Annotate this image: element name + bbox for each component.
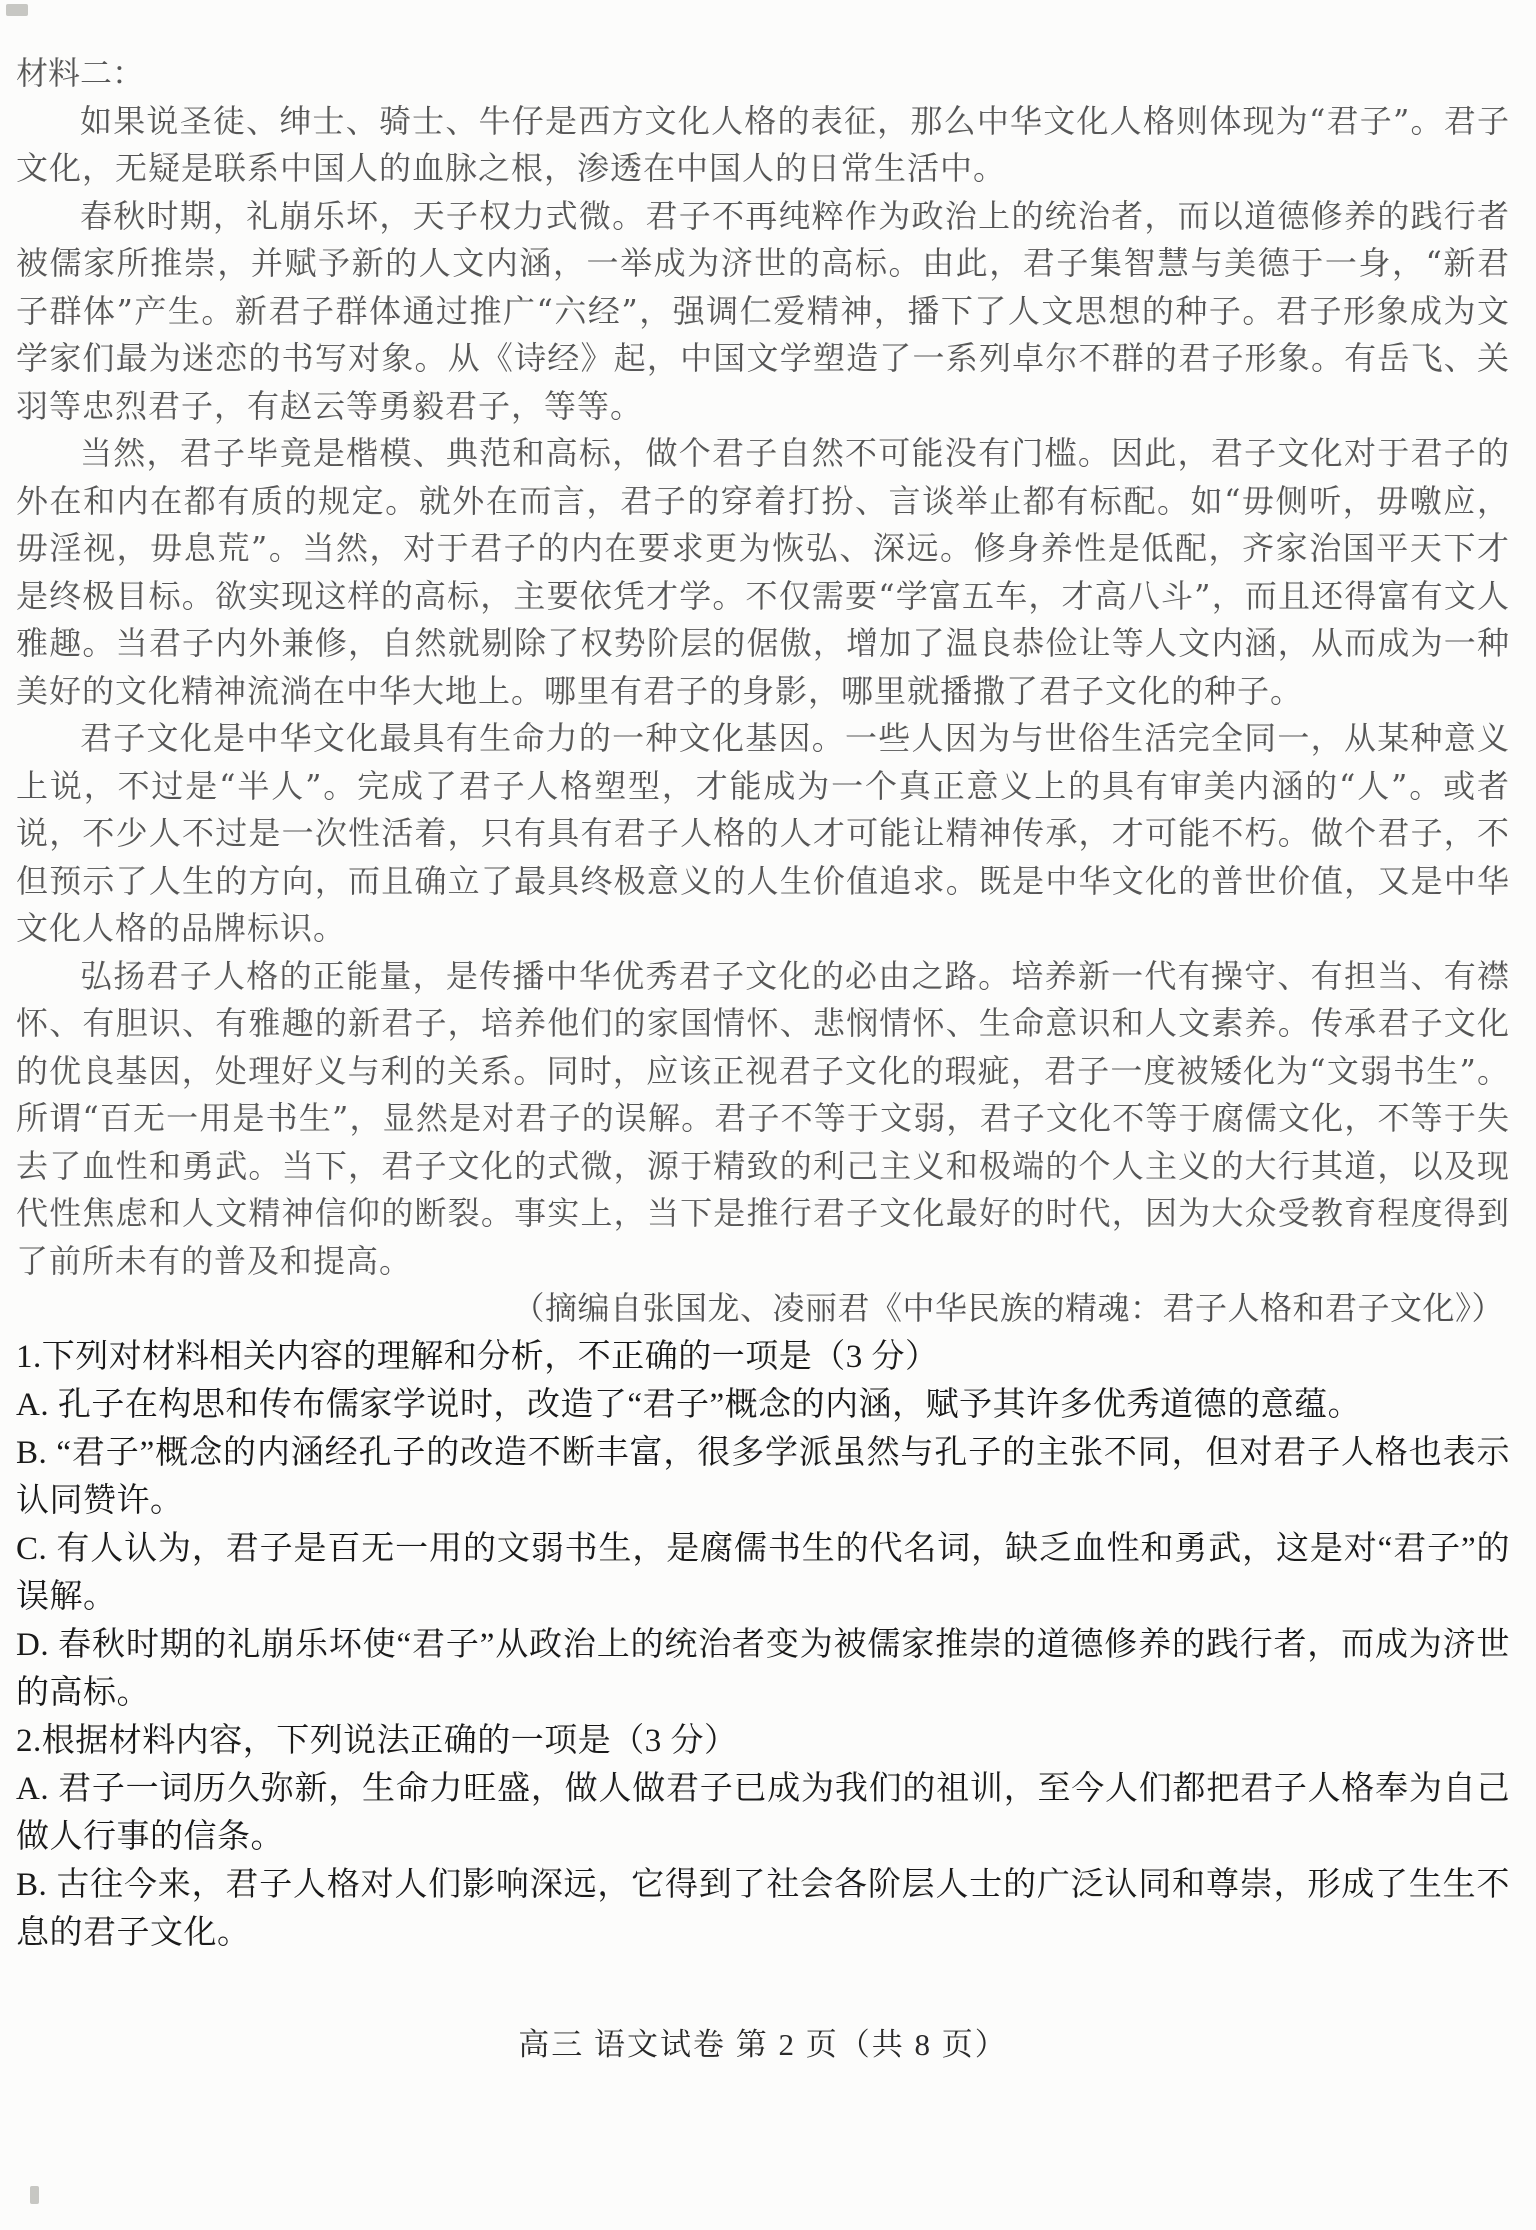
scan-smudge-top-left [6,4,28,16]
question-1-stem: 1.下列对材料相关内容的理解和分析，不正确的一项是（3 分） [16,1333,1510,1381]
question-2-stem: 2.根据材料内容，下列说法正确的一项是（3 分） [16,1717,1510,1765]
source-attribution: （摘编自张国龙、凌丽君《中华民族的精魂：君子人格和君子文化》） [16,1285,1510,1333]
question-1-option-c: C. 有人认为，君子是百无一用的文弱书生，是腐儒书生的代名词，缺乏血性和勇武，这… [16,1525,1510,1621]
question-1-option-d: D. 春秋时期的礼崩乐坏使“君子”从政治上的统治者变为被儒家推崇的道德修养的践行… [16,1621,1510,1717]
question-1-option-a: A. 孔子在构思和传布儒家学说时，改造了“君子”概念的内涵，赋予其许多优秀道德的… [16,1381,1510,1429]
question-2: 2.根据材料内容，下列说法正确的一项是（3 分） A. 君子一词历久弥新，生命力… [16,1717,1510,1957]
question-1: 1.下列对材料相关内容的理解和分析，不正确的一项是（3 分） A. 孔子在构思和… [16,1333,1510,1717]
material-two-label: 材料二： [16,50,1510,98]
exam-paper-page: 材料二： 如果说圣徒、绅士、骑士、牛仔是西方文化人格的表征，那么中华文化人格则体… [0,0,1536,2230]
scan-smudge-bottom-left [30,2186,39,2204]
page-footer: 高三 语文试卷 第 2 页（共 8 页） [16,2019,1510,2064]
question-2-option-a: A. 君子一词历久弥新，生命力旺盛，做人做君子已成为我们的祖训，至今人们都把君子… [16,1765,1510,1861]
passage-paragraph-5: 弘扬君子人格的正能量，是传播中华优秀君子文化的必由之路。培养新一代有操守、有担当… [16,953,1510,1286]
question-1-option-b: B. “君子”概念的内涵经孔子的改造不断丰富，很多学派虽然与孔子的主张不同，但对… [16,1429,1510,1525]
passage-paragraph-2: 春秋时期，礼崩乐坏，天子权力式微。君子不再纯粹作为政治上的统治者，而以道德修养的… [16,193,1510,431]
passage-paragraph-4: 君子文化是中华文化最具有生命力的一种文化基因。一些人因为与世俗生活完全同一，从某… [16,715,1510,953]
passage-paragraph-3: 当然，君子毕竟是楷模、典范和高标，做个君子自然不可能没有门槛。因此，君子文化对于… [16,430,1510,715]
question-2-option-b: B. 古往今来，君子人格对人们影响深远，它得到了社会各阶层人士的广泛认同和尊崇，… [16,1861,1510,1957]
passage-paragraph-1: 如果说圣徒、绅士、骑士、牛仔是西方文化人格的表征，那么中华文化人格则体现为“君子… [16,98,1510,193]
